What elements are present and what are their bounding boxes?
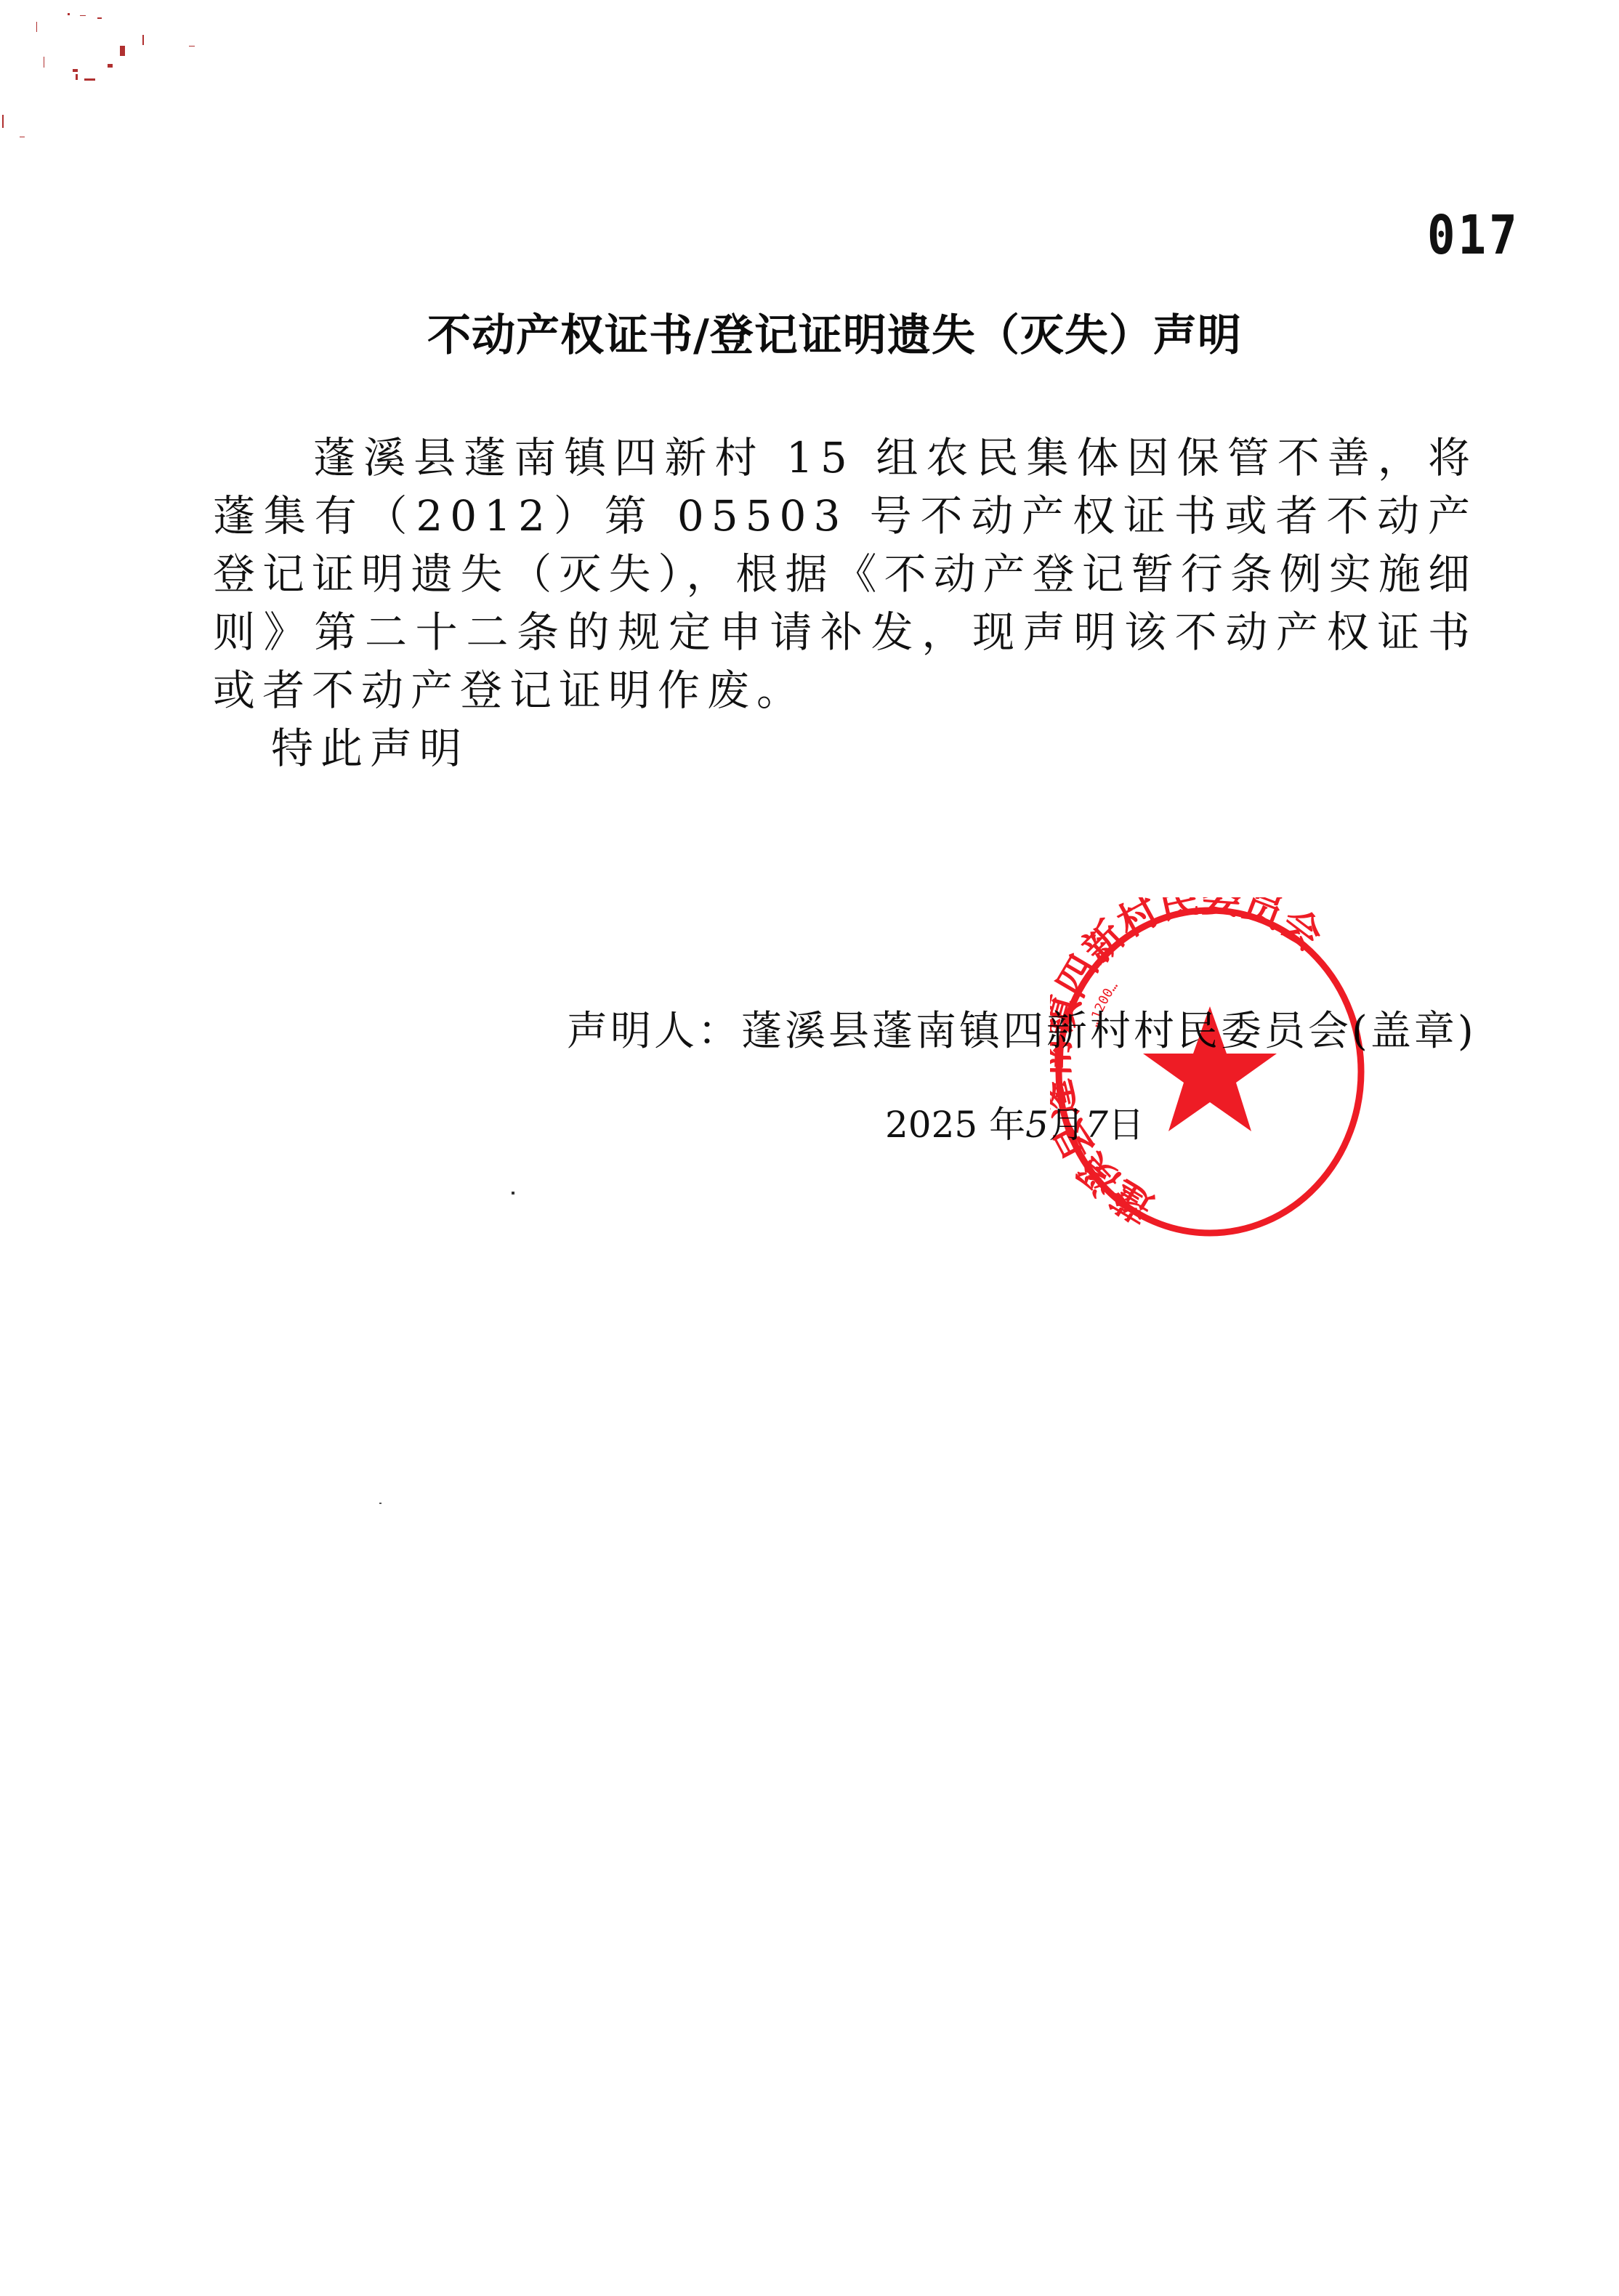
- seal-note: (盖章): [1352, 1008, 1477, 1055]
- seal-icon: 蓬溪县蓬南镇四新村民委员会 …1200…: [1050, 897, 1370, 1239]
- date-day-handwritten: 7: [1085, 1104, 1108, 1146]
- declaration-paragraph: 蓬溪县蓬南镇四新村 15 组农民集体因保管不善，将蓬集有（2012）第 0550…: [213, 429, 1477, 719]
- official-seal: 蓬溪县蓬南镇四新村民委员会 …1200…: [1050, 897, 1370, 1239]
- date-month-suffix: 月: [1049, 1104, 1085, 1146]
- closing-statement: 特此声明: [213, 719, 1477, 777]
- seal-ring-text: 蓬溪县蓬南镇四新村民委员会: [1050, 897, 1331, 1231]
- signatory-label: 声明人：: [567, 1008, 741, 1055]
- date-month-handwritten: 5: [1025, 1104, 1049, 1146]
- declaration-date: 2025 年5月7日: [885, 1096, 1144, 1148]
- svg-text:蓬溪县蓬南镇四新村民委员会: 蓬溪县蓬南镇四新村民委员会: [1050, 897, 1331, 1231]
- document-body: 蓬溪县蓬南镇四新村 15 组农民集体因保管不善，将蓬集有（2012）第 0550…: [213, 429, 1477, 777]
- scan-speck: [512, 1192, 514, 1195]
- signatory-line: 声明人：蓬溪县蓬南镇四新村村民委员会(盖章): [567, 999, 1477, 1057]
- document-title: 不动产权证书/登记证明遗失（灭失）声明: [427, 301, 1242, 363]
- signatory-name: 蓬溪县蓬南镇四新村村民委员会: [741, 1008, 1352, 1055]
- document-number: 017: [1427, 205, 1520, 267]
- date-year-suffix: 年: [977, 1104, 1025, 1146]
- scan-artifacts: [0, 0, 218, 145]
- scan-speck: [379, 1503, 381, 1504]
- date-day-suffix: 日: [1108, 1104, 1144, 1146]
- date-year: 2025: [885, 1104, 977, 1146]
